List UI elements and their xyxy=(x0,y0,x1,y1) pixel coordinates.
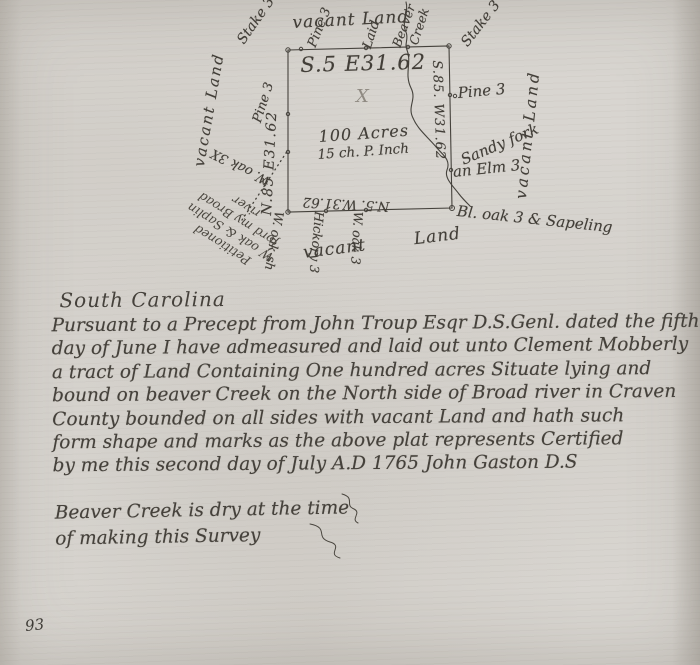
deed-heading: South Carolina xyxy=(59,284,699,312)
corner-mark xyxy=(447,44,451,48)
tree-point xyxy=(406,45,409,48)
corner-mark xyxy=(450,206,455,211)
survey-document-page: vacant Land Stake 3 Stake 3 Pine 3 Laid … xyxy=(0,0,700,665)
surveyor-note-line: Beaver Creek is dry at the time xyxy=(55,495,350,526)
vacant-land-label-bottom: vacant Land xyxy=(302,224,462,263)
tree-point xyxy=(299,47,302,50)
surveyor-note: Beaver Creek is dry at the time of makin… xyxy=(55,495,350,552)
bearing-right: S.85. W31.62 xyxy=(429,60,447,160)
tree-point xyxy=(286,150,289,153)
pine-marker-right: Pine 3 xyxy=(457,80,506,102)
deed-text: South Carolina Pursuant to a Precept fro… xyxy=(51,284,700,478)
bearing-top: S.5 E31.62 xyxy=(300,50,426,77)
black-oak-marker-se: Bl. oak 3 & Sapeling xyxy=(456,202,613,236)
page-number: 93 xyxy=(24,615,45,635)
tree-point xyxy=(448,93,451,96)
corner-mark xyxy=(286,48,290,52)
stake-marker-ne: Stake 3 xyxy=(458,0,504,50)
tree-point xyxy=(286,112,289,115)
x-mark: X xyxy=(356,86,369,107)
diagonal-annotation: Petitioned W oak & Saplin ford my Broad … xyxy=(162,166,306,287)
tree-point xyxy=(453,94,456,97)
surveyor-note-line: of making this Survey xyxy=(55,521,350,552)
stake-marker-nw: Stake 3 xyxy=(234,0,278,47)
deed-line: by me this second day of July A.D 1765 J… xyxy=(53,450,700,478)
bearing-left: N.85 E31.62 xyxy=(259,110,280,216)
